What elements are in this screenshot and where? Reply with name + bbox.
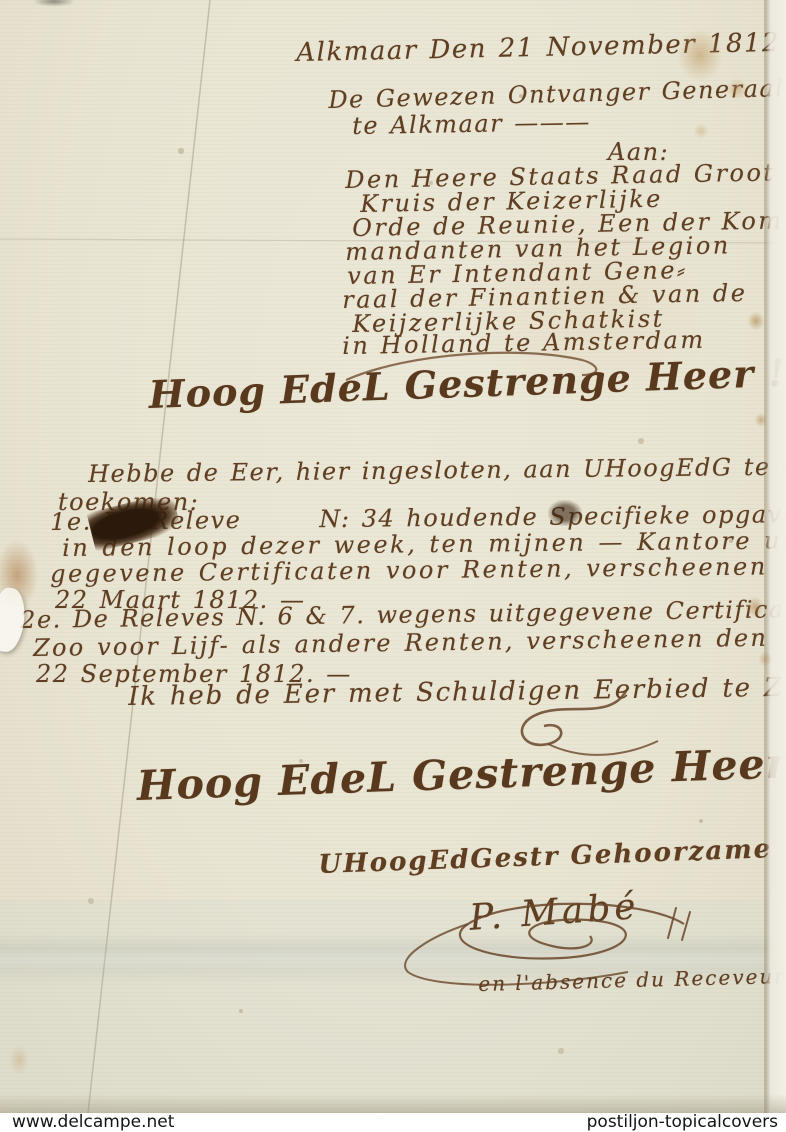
watermark-right: postiljon-topicalcovers [587, 1113, 778, 1132]
watermark-left: www.delcampe.net [12, 1113, 174, 1132]
foxing-spot [690, 120, 712, 142]
top-edge-smudge [28, 0, 80, 8]
fold-shadow-tint [0, 900, 786, 1113]
paper-specks [0, 0, 2, 2]
servant-line: UHoogEdGestr Gehoorzame Dienaar [318, 829, 786, 880]
watermark-bar: www.delcampe.net postiljon-topicalcovers [0, 1113, 786, 1132]
letter-dateline: Alkmaar Den 21 November 1812 [296, 28, 780, 68]
body-line: Hebbe de Eer, hier ingesloten, aan UHoog… [88, 452, 786, 488]
letter-sender-line2: te Alkmaar ——— [352, 108, 591, 140]
paper-bottom-edge [0, 1094, 786, 1113]
letter-scan: Alkmaar Den 21 November 1812 De Gewezen … [0, 0, 786, 1132]
paper-right-edge [764, 0, 786, 1113]
paper: Alkmaar Den 21 November 1812 De Gewezen … [0, 0, 786, 1113]
closing-salutation: Hoog EdeL Gestrenge Heer ! [136, 738, 786, 810]
